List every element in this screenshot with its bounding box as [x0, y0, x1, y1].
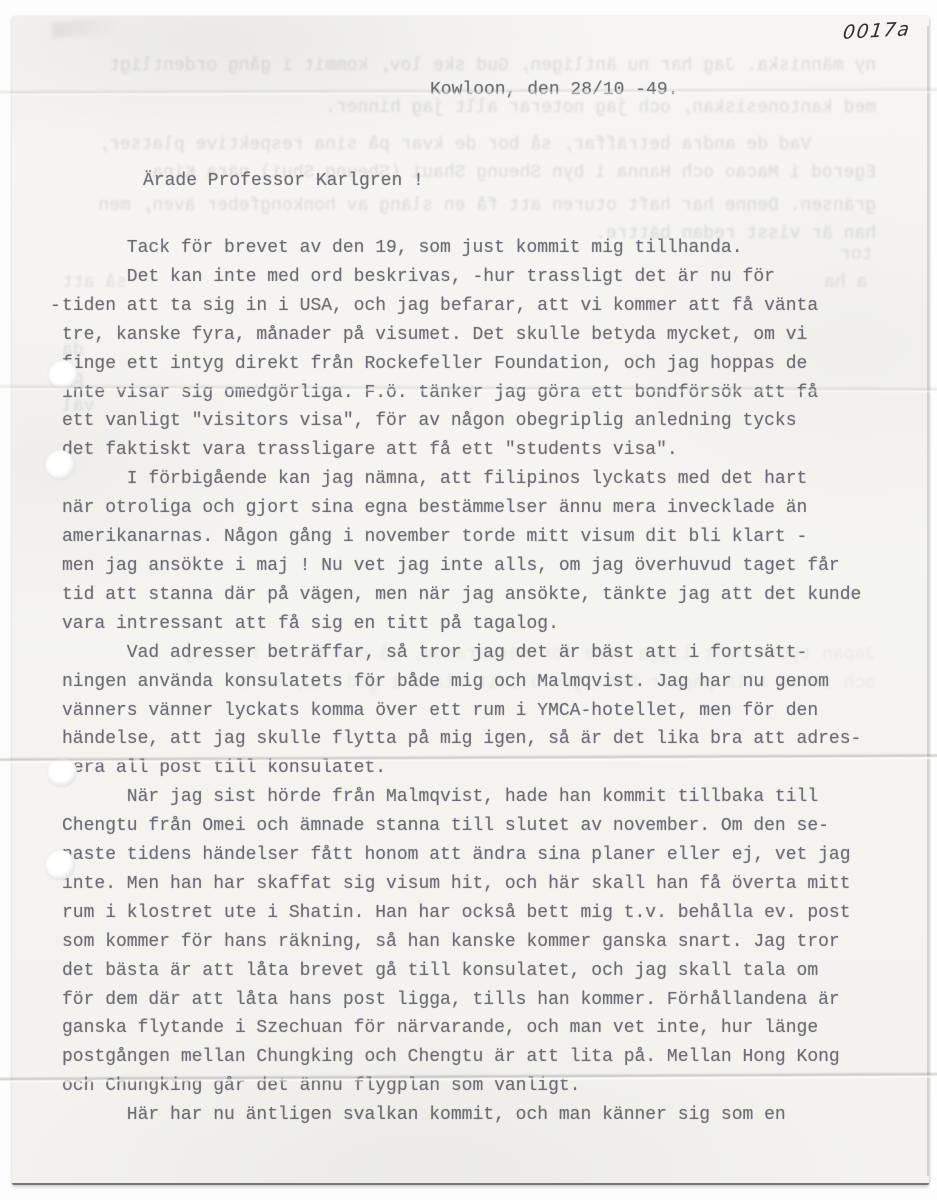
margin-dash: -	[50, 292, 61, 321]
salutation: Ärade Professor Karlgren !	[143, 167, 424, 196]
bleedthrough-line: gränsen. Denne har haft oturen att få en…	[60, 192, 876, 220]
letter-body: Tack för brevet av den 19, som just komm…	[62, 234, 861, 1130]
bleedthrough-line: Vad de andra beträffar, så bor de kvar p…	[60, 131, 876, 159]
archive-number: 0017a	[842, 18, 912, 44]
punch-hole	[48, 360, 78, 390]
punch-hole	[45, 850, 75, 880]
punch-hole	[45, 450, 75, 480]
paper-right-edge	[927, 26, 929, 1176]
punch-hole	[47, 757, 77, 787]
letter-scan: ny människa. Jag har nu äntligen, Gud sk…	[0, 0, 937, 1200]
dateline: Kowloon, den 28/10 -49.	[430, 76, 678, 105]
